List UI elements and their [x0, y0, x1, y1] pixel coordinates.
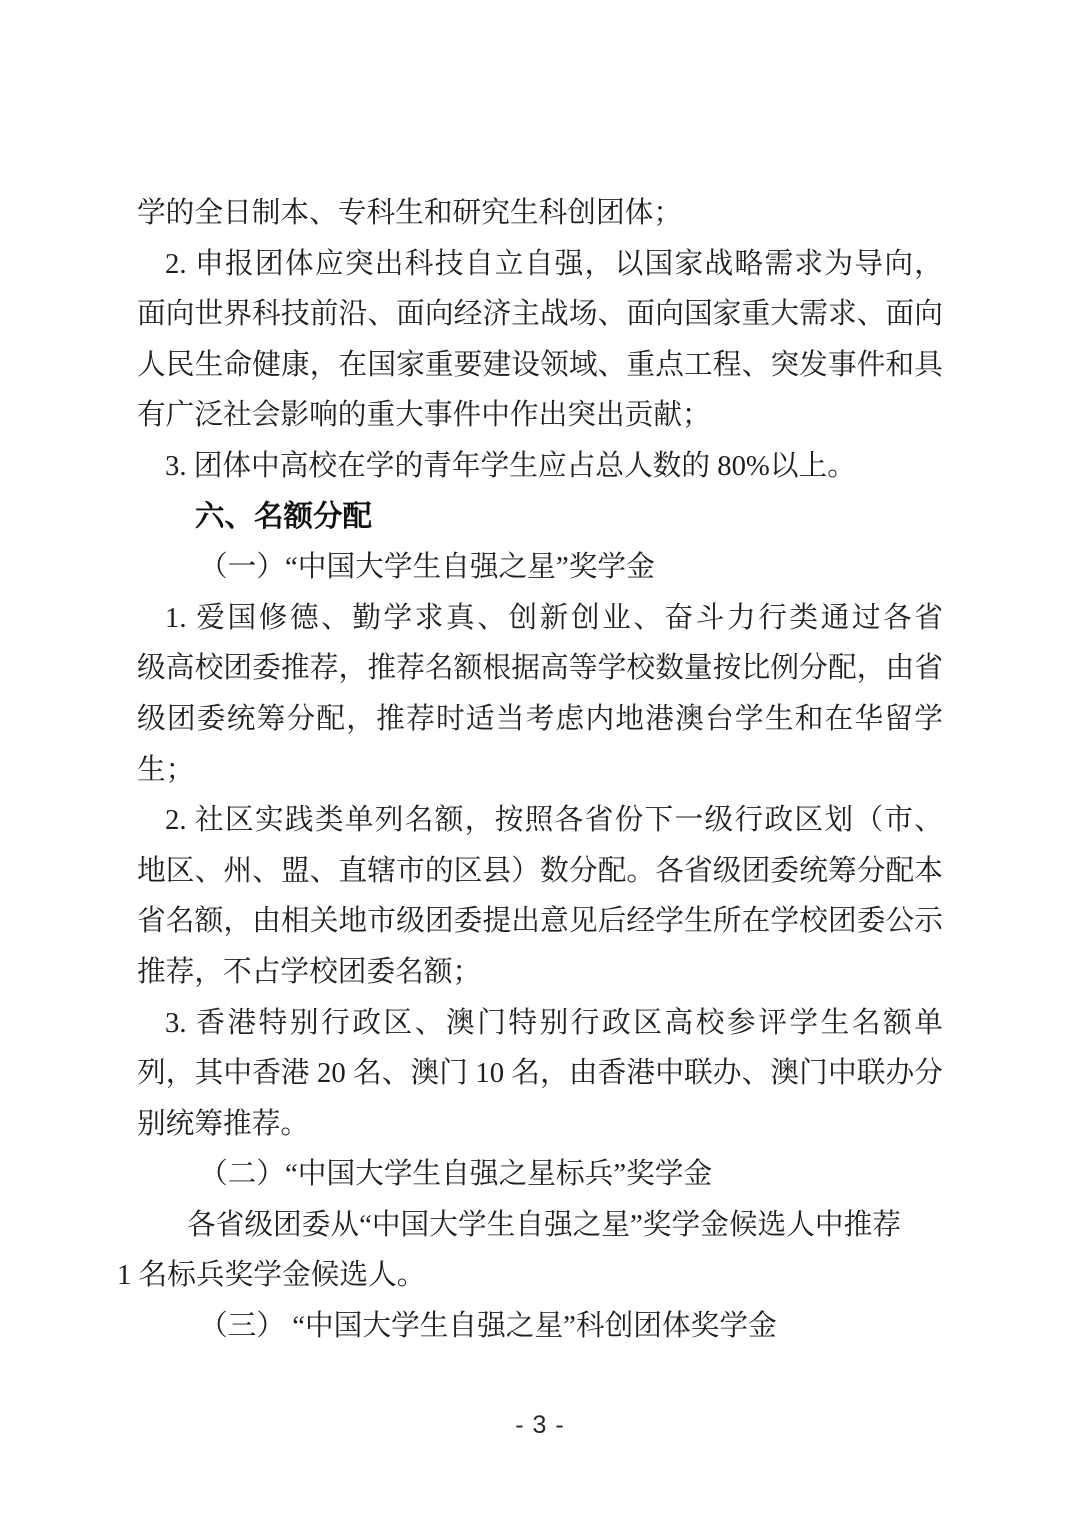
body-line: 推荐，不占学校团委名额；: [137, 947, 943, 998]
body-line: 有广泛社会影响的重大事件中作出突出贡献；: [137, 390, 943, 441]
subsection-heading: （一）“中国大学生自强之星”奖学金: [137, 542, 943, 593]
body-line: 列，其中香港 20 名、澳门 10 名，由香港中联办、澳门中联办分: [137, 1048, 943, 1099]
body-line: 1 名标兵奖学金候选人。: [117, 1250, 943, 1301]
body-line: 级团委统筹分配，推荐时适当考虑内地港澳台学生和在华留学: [137, 694, 943, 745]
section-heading: 六、名额分配: [137, 492, 943, 543]
body-line: 3. 团体中高校在学的青年学生应占总人数的 80%以上。: [137, 441, 943, 492]
body-line: 生；: [137, 745, 943, 796]
body-line: 2. 社区实践类单列名额，按照各省份下一级行政区划（市、: [137, 795, 943, 846]
body-line: 地区、州、盟、直辖市的区县）数分配。各省级团委统筹分配本: [137, 846, 943, 897]
document-body: 学的全日制本、专科生和研究生科创团体； 2. 申报团体应突出科技自立自强，以国家…: [137, 188, 943, 1352]
body-line: 级高校团委推荐，推荐名额根据高等学校数量按比例分配，由省: [137, 643, 943, 694]
document-page: 学的全日制本、专科生和研究生科创团体； 2. 申报团体应突出科技自立自强，以国家…: [0, 0, 1080, 1527]
subsection-heading: （三） “中国大学生自强之星”科创团体奖学金: [137, 1301, 943, 1352]
body-line: 3. 香港特别行政区、澳门特别行政区高校参评学生名额单: [137, 998, 943, 1049]
subsection-heading: （二）“中国大学生自强之星标兵”奖学金: [137, 1149, 943, 1200]
body-line: 2. 申报团体应突出科技自立自强，以国家战略需求为导向，: [137, 239, 943, 290]
body-line: 省名额，由相关地市级团委提出意见后经学生所在学校团委公示: [137, 896, 943, 947]
page-number: - 3 -: [0, 1412, 1080, 1438]
body-line: 人民生命健康，在国家重要建设领域、重点工程、突发事件和具: [137, 340, 943, 391]
body-line: 面向世界科技前沿、面向经济主战场、面向国家重大需求、面向: [137, 289, 943, 340]
body-line: 别统筹推荐。: [137, 1099, 943, 1150]
body-line: 1. 爱国修德、勤学求真、创新创业、奋斗力行类通过各省: [137, 593, 943, 644]
body-line: 各省级团委从“中国大学生自强之星”奖学金候选人中推荐: [137, 1200, 943, 1251]
body-line: 学的全日制本、专科生和研究生科创团体；: [137, 188, 943, 239]
